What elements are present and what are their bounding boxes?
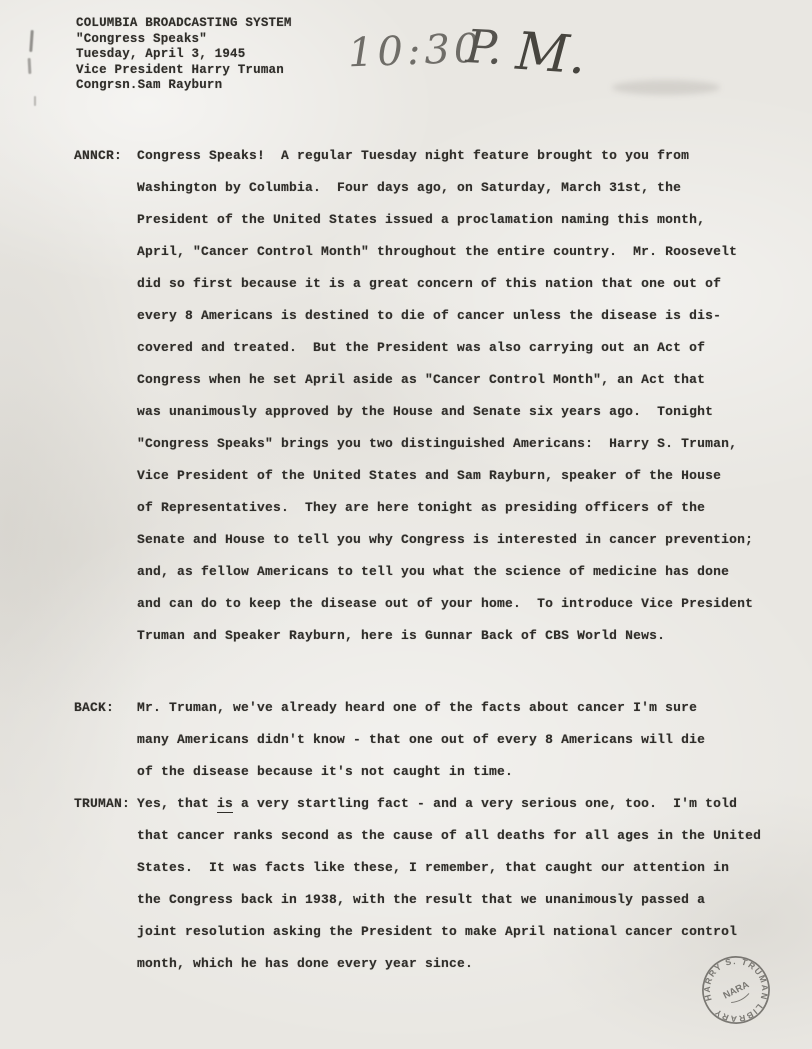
- script-line: covered and treated. But the President w…: [137, 332, 780, 364]
- header-org-line: COLUMBIA BROADCASTING SYSTEM: [76, 16, 292, 32]
- header-guest-line-1: Vice President Harry Truman: [76, 63, 292, 79]
- script-line: joint resolution asking the President to…: [137, 916, 780, 948]
- header-guest-line-2: Congrsn.Sam Rayburn: [76, 78, 292, 94]
- script-line: Mr. Truman, we've already heard one of t…: [137, 692, 780, 724]
- script-line: "Congress Speaks" brings you two disting…: [137, 428, 780, 460]
- script-line: States. It was facts like these, I remem…: [137, 852, 780, 884]
- underlined-word: is: [217, 796, 233, 813]
- script-line-segment: Yes, that: [137, 796, 217, 811]
- script-line: April, "Cancer Control Month" throughout…: [137, 236, 780, 268]
- script-line: Truman and Speaker Rayburn, here is Gunn…: [137, 620, 780, 652]
- handwritten-time: 10:30: [347, 26, 484, 77]
- stamp-center-text: NARA: [721, 979, 751, 1001]
- script-line: of the disease because it's not caught i…: [137, 756, 780, 788]
- script-line: Yes, that is a very startling fact - and…: [137, 788, 780, 820]
- script-line: did so first because it is a great conce…: [137, 268, 780, 300]
- script-line: President of the United States issued a …: [137, 204, 780, 236]
- header-date-line: Tuesday, April 3, 1945: [76, 47, 292, 63]
- script-line: was unanimously approved by the House an…: [137, 396, 780, 428]
- script-line-segment: a very startling fact - and a very serio…: [233, 796, 737, 811]
- document-header: COLUMBIA BROADCASTING SYSTEM "Congress S…: [76, 16, 292, 94]
- script-line: Congress when he set April aside as "Can…: [137, 364, 780, 396]
- script-line: many Americans didn't know - that one ou…: [137, 724, 780, 756]
- script-line: and, as fellow Americans to tell you wha…: [137, 556, 780, 588]
- paper-crease: [28, 58, 32, 74]
- speaker-label: TRUMAN:: [74, 788, 130, 820]
- script-line: of Representatives. They are here tonigh…: [137, 492, 780, 524]
- script-line: that cancer ranks second as the cause of…: [137, 820, 780, 852]
- script-line: the Congress back in 1938, with the resu…: [137, 884, 780, 916]
- speaker-label: ANNCR:: [74, 140, 122, 172]
- script-line: Washington by Columbia. Four days ago, o…: [137, 172, 780, 204]
- paper-speck: [34, 96, 36, 106]
- handwritten-pm-m: M.: [514, 22, 588, 87]
- speech-truman: TRUMAN: Yes, that is a very startling fa…: [74, 788, 780, 980]
- speech-back: BACK: Mr. Truman, we've already heard on…: [74, 692, 780, 788]
- header-program-line: "Congress Speaks": [76, 32, 292, 48]
- script-line: Vice President of the United States and …: [137, 460, 780, 492]
- script-line: every 8 Americans is destined to die of …: [137, 300, 780, 332]
- paper-smudge: [612, 80, 720, 95]
- handwritten-pm-p: P.: [465, 19, 504, 75]
- speaker-label: BACK:: [74, 692, 114, 724]
- paper-crease: [29, 30, 34, 52]
- speech-anncr: ANNCR: Congress Speaks! A regular Tuesda…: [74, 140, 780, 652]
- script-line: Senate and House to tell you why Congres…: [137, 524, 780, 556]
- script-line: Congress Speaks! A regular Tuesday night…: [137, 140, 780, 172]
- script-line: and can do to keep the disease out of yo…: [137, 588, 780, 620]
- scanned-script-page: COLUMBIA BROADCASTING SYSTEM "Congress S…: [0, 0, 812, 1049]
